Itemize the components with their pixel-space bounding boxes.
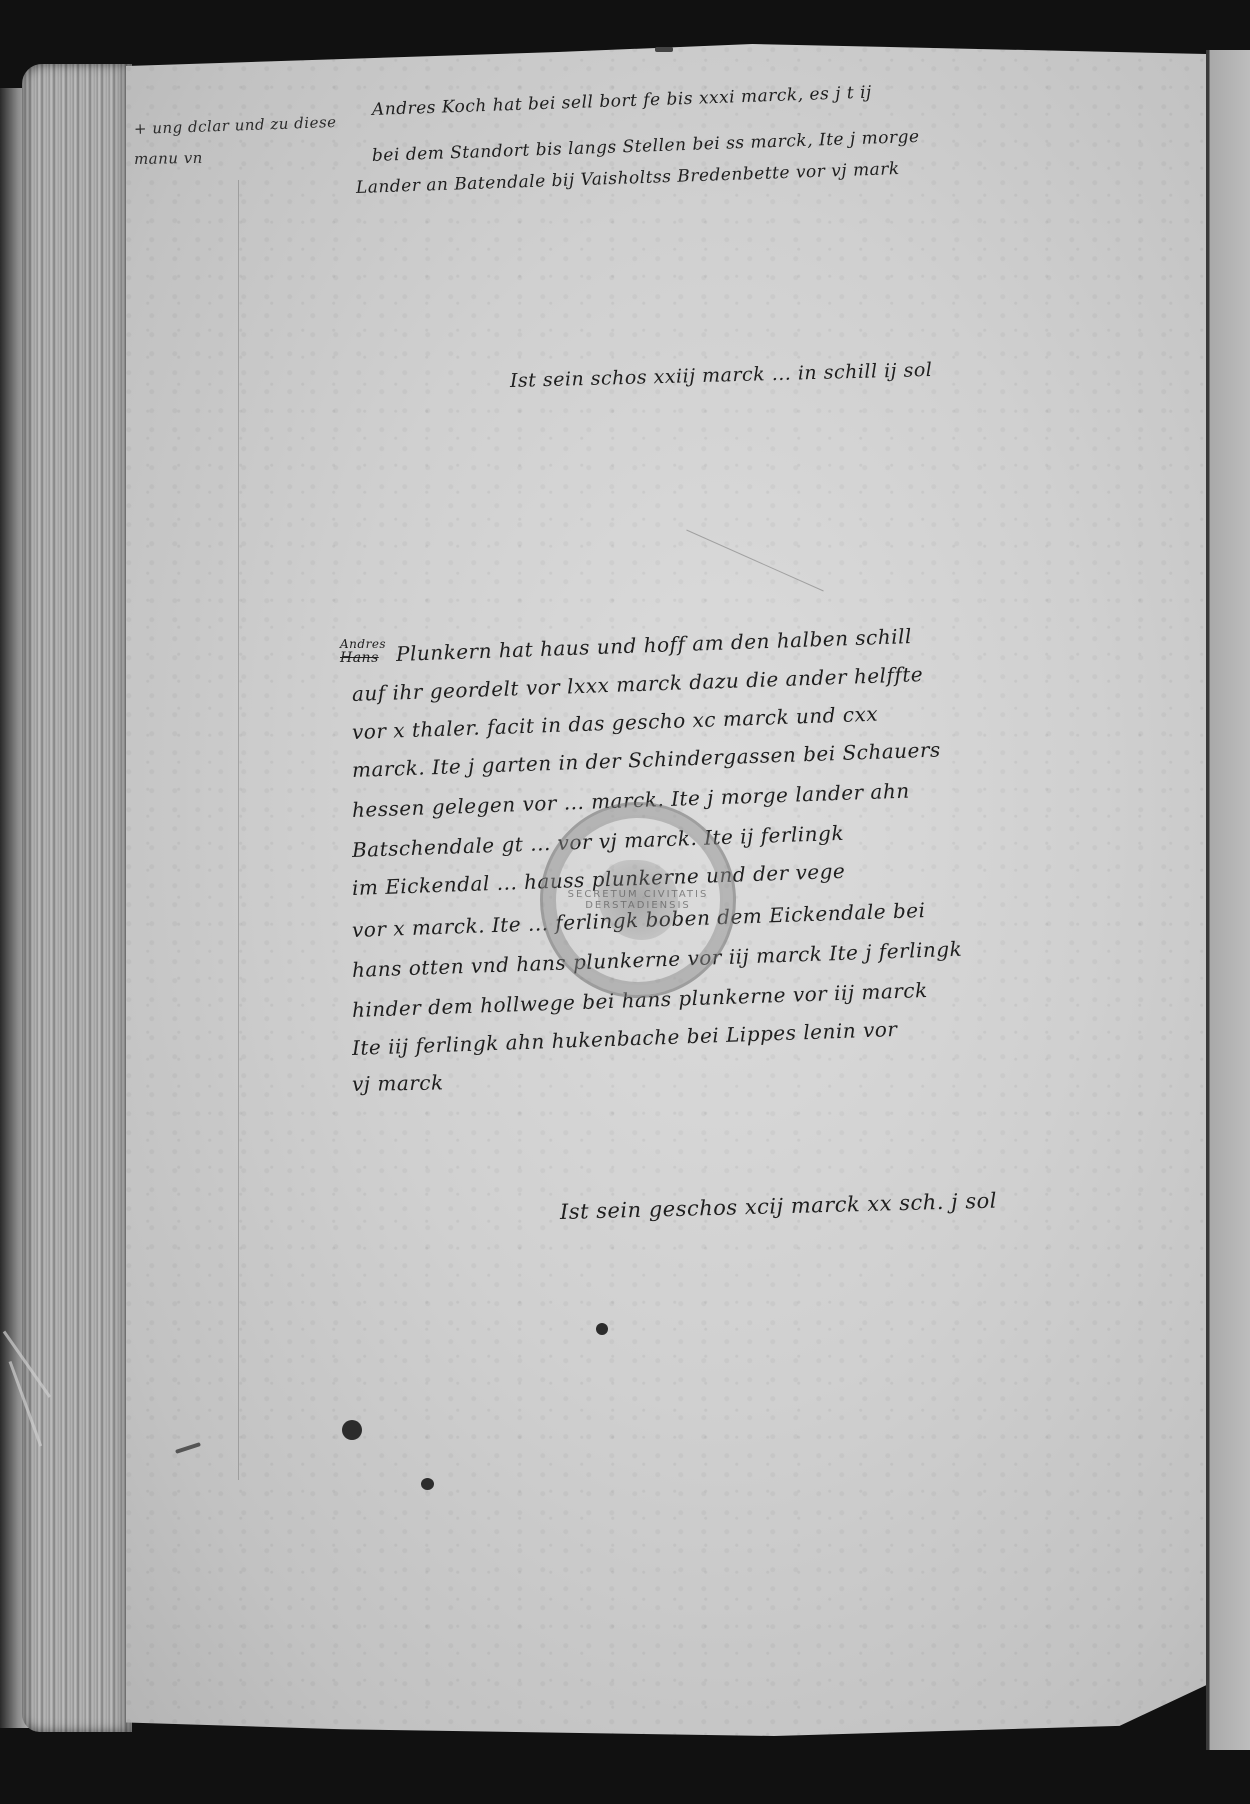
- city-seal-stamp: SECRETUM CIVITATIS DERSTADIENSIS: [540, 802, 736, 998]
- margin-note-line-2: manu vn: [134, 149, 203, 168]
- margin-ruling-line: [238, 180, 239, 1480]
- manuscript-scan: + ung dclar und zu diese manu vn Andres …: [0, 0, 1250, 1804]
- ink-spot: [421, 1478, 434, 1490]
- right-gutter: [1206, 50, 1250, 1750]
- page-stack-fore-edge: [22, 64, 132, 1732]
- ink-spot: [655, 47, 673, 52]
- ink-spot: [342, 1420, 362, 1440]
- inserted-name: Andres: [340, 626, 386, 662]
- seal-inscription: SECRETUM CIVITATIS DERSTADIENSIS: [543, 805, 733, 995]
- entry-line: vj marck: [352, 1064, 444, 1102]
- ink-spot: [596, 1323, 608, 1335]
